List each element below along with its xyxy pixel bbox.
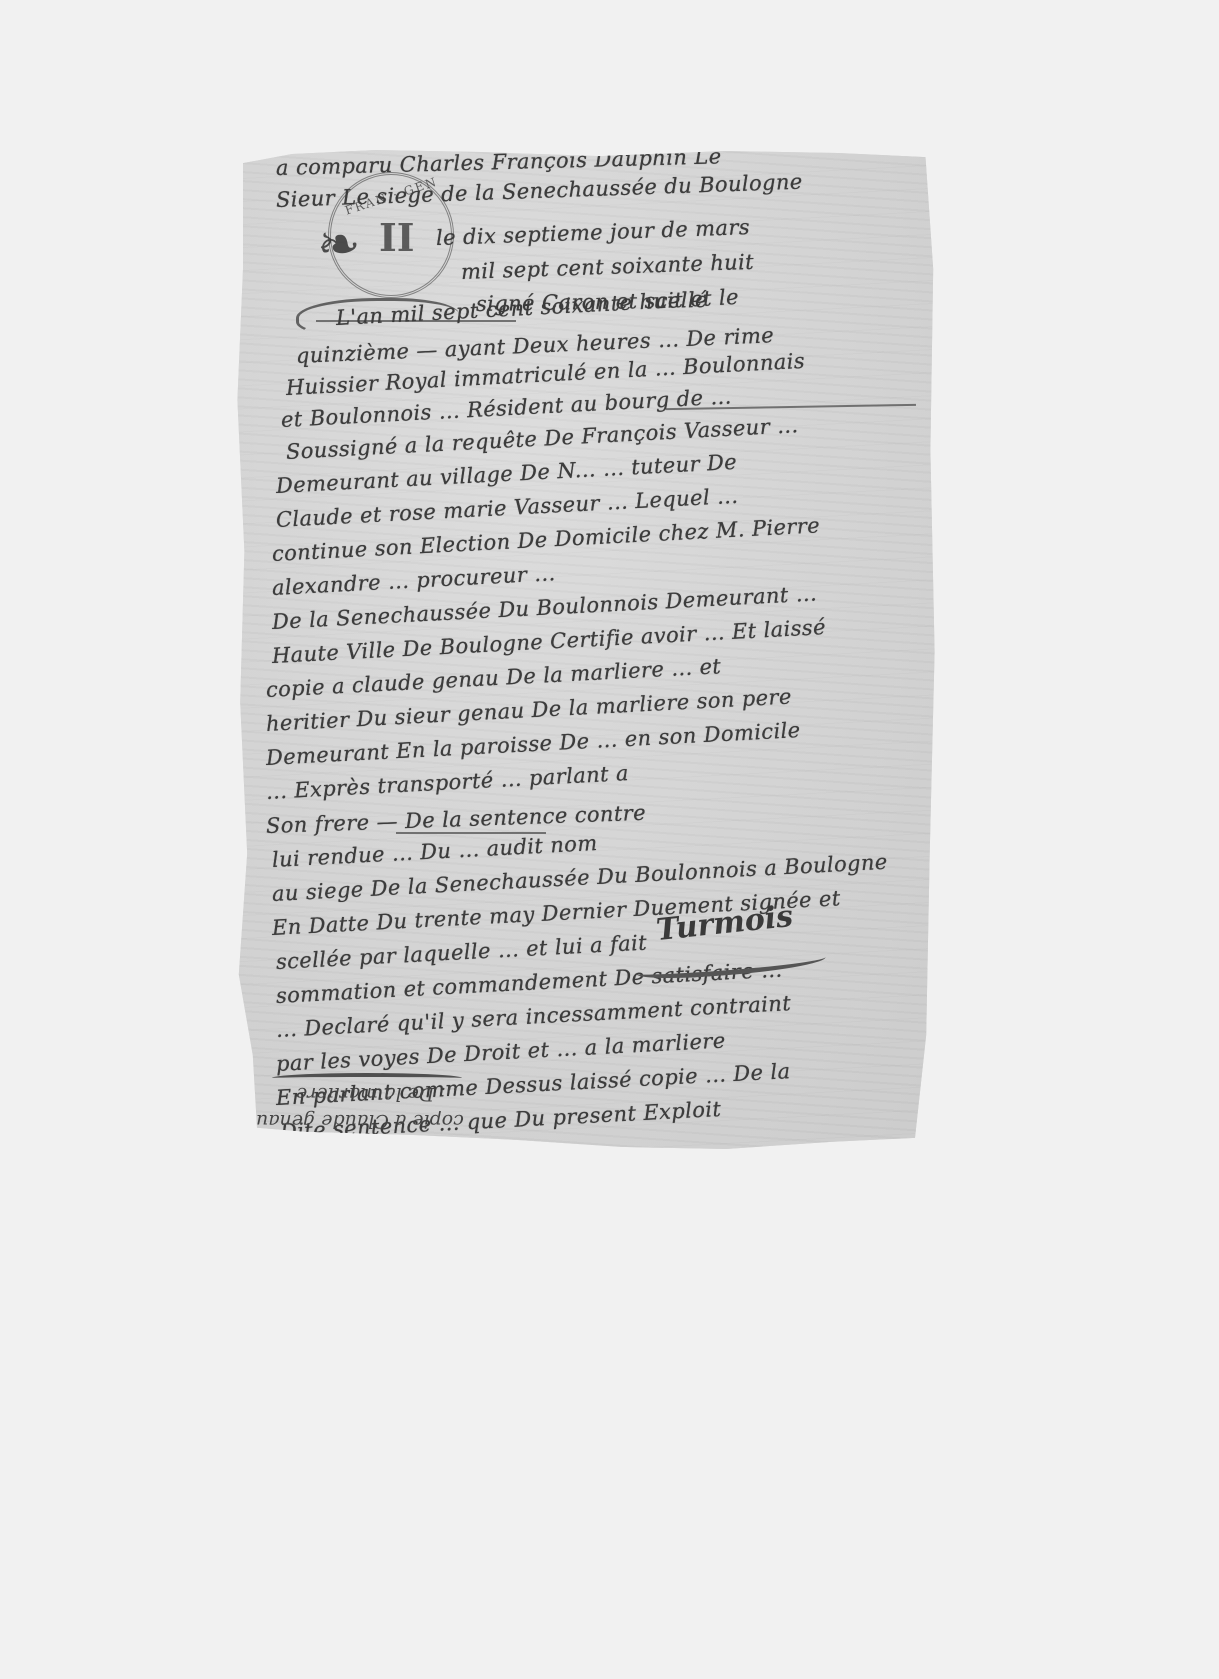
endorsement-line: ... De la marliere (296, 1083, 458, 1105)
endorsement-line: copie a Claude genau (256, 1110, 464, 1132)
signature: Turmois (655, 899, 795, 948)
endorsement-flourish (272, 1073, 462, 1083)
signature-flourish (636, 949, 827, 981)
signature-block: Turmois ... De la marliere copie a Claud… (236, 148, 936, 1156)
